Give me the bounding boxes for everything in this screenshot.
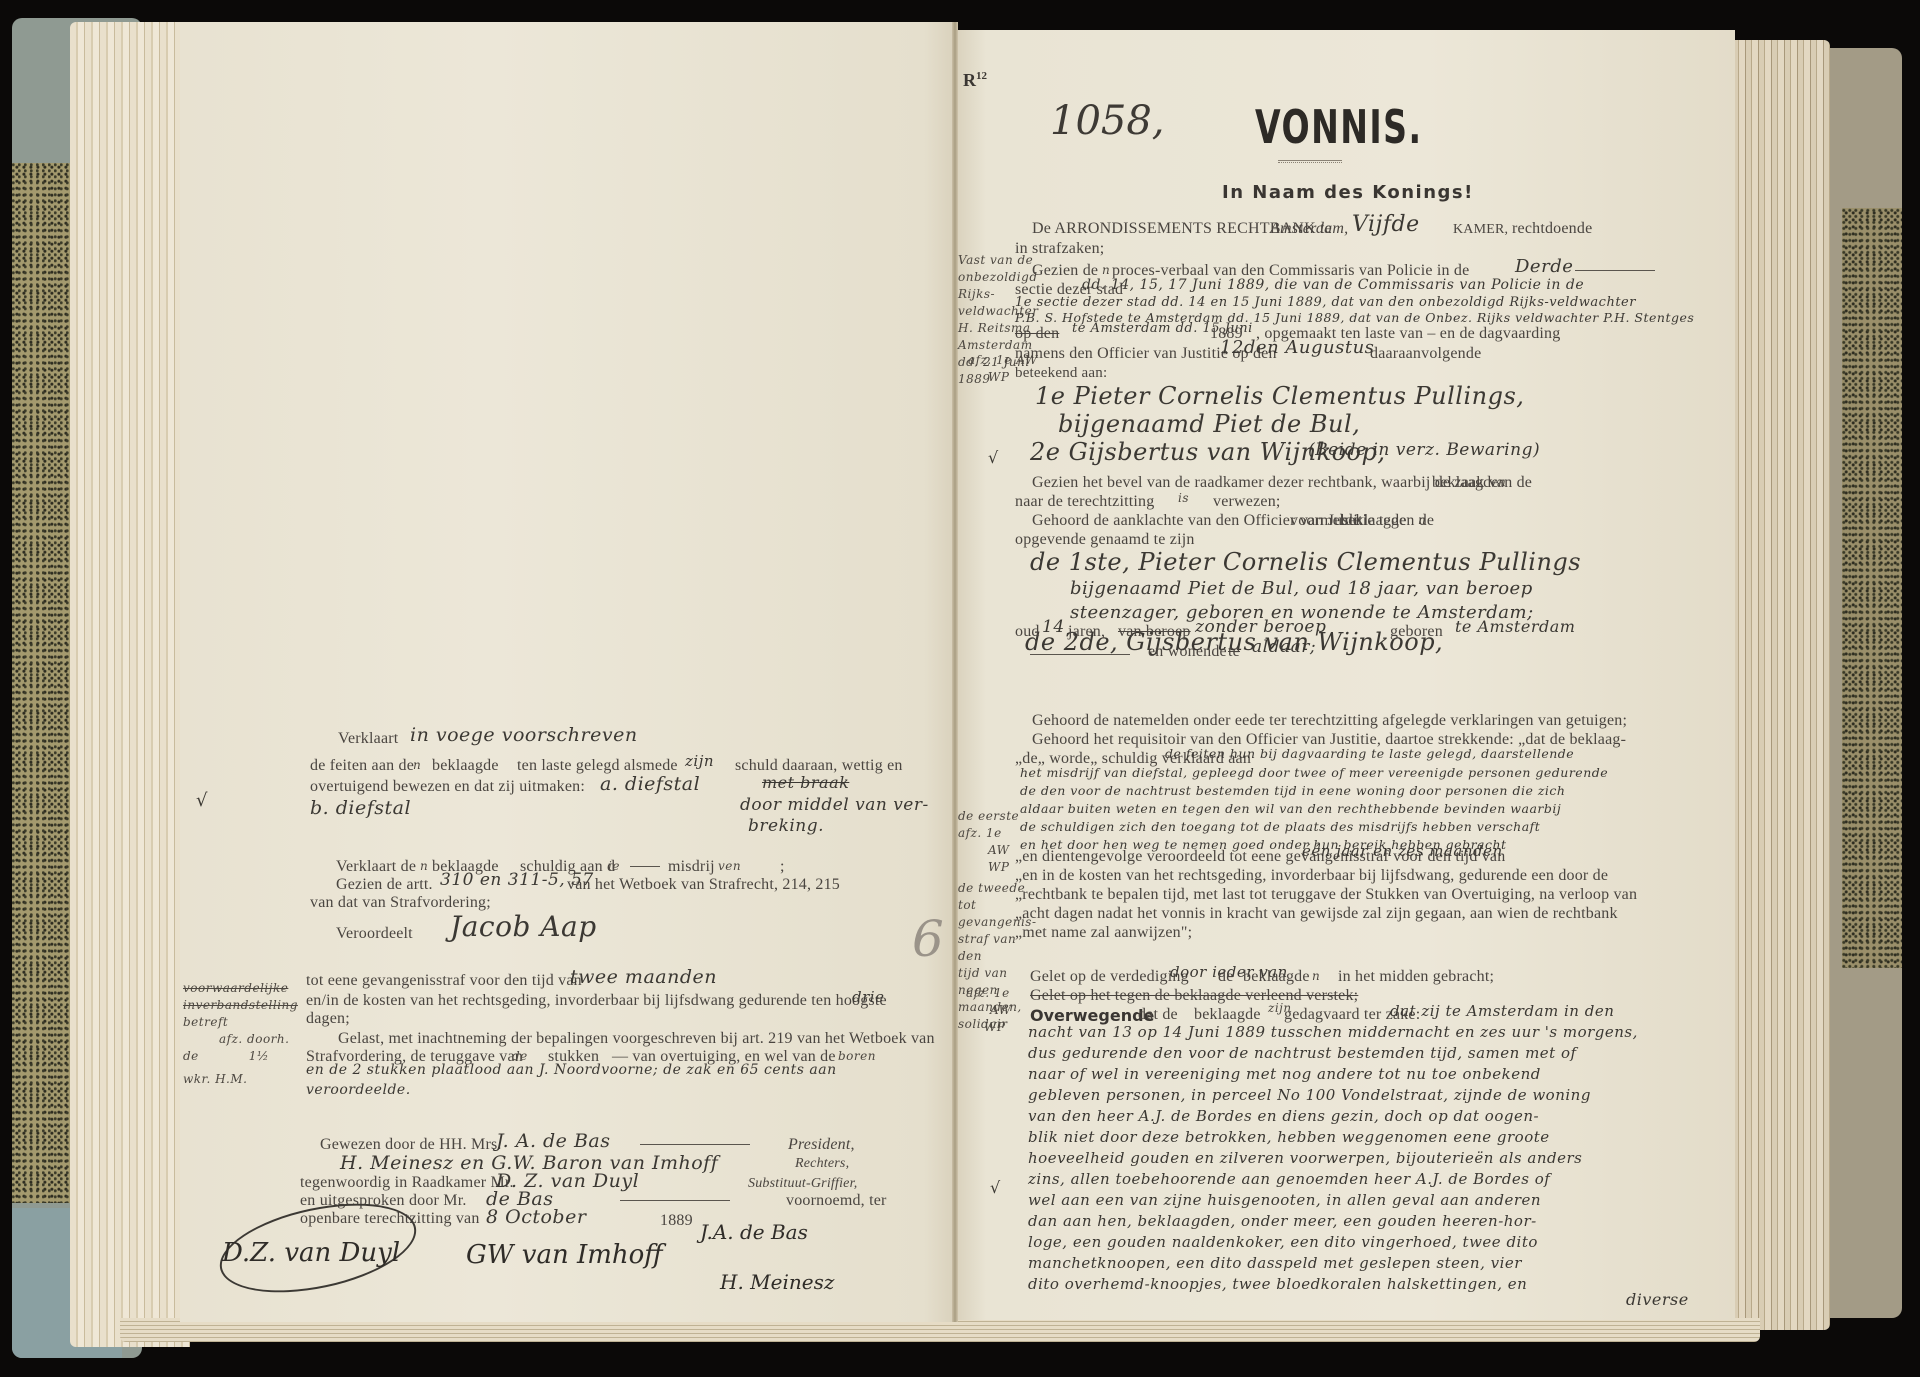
print-text: beklaagde [1194,1006,1261,1024]
hand-text: n [1312,968,1320,985]
fill-line [1030,654,1130,655]
hand-text: is [1178,490,1189,507]
hand-text: te Amsterdam [1455,617,1575,636]
accused-1-detail: bijgenaamd Piet de Bul, oud 18 jaar, van… [1070,578,1533,599]
hand-text: nacht van 13 op 14 Juni 1889 tusschen mi… [1028,1023,1638,1041]
check-mark: √ [990,1178,1001,1197]
print-text: en/in de kosten van het rechtsgeding, in… [306,992,887,1010]
accused-1-detail: de 1ste, Pieter Cornelis Clementus Pulli… [1030,548,1581,576]
hand-text: n [1498,474,1506,491]
hand-text: ven [718,858,741,875]
print-text: Substituut-Griffier, [748,1176,857,1192]
margin-note-mid: de eerste afz. 1e AW WP [958,808,1038,876]
print-text: jaren, [1068,623,1105,641]
print-text: de feiten aan de [310,757,414,775]
hand-text: boren [838,1048,876,1065]
print-text: voornoemd, ter [786,1192,887,1210]
print-text: tot eene gevangenisstraf voor den tijd v… [306,972,582,990]
hand-text: blik niet door deze betrokken, hebben we… [1028,1128,1550,1146]
year: 1889 [660,1212,693,1230]
print-text: dat de [1138,1006,1178,1024]
left-page [180,22,955,1322]
print-text: Gehoord de natemelden onder eede ter ter… [1032,712,1627,730]
print-text: de [1218,968,1234,986]
custody-note: (Beide in verz. Bewaring) [1308,440,1540,460]
dash-line [630,866,660,867]
print-text: van het Wetboek van Strafrecht, 214, 215 [567,876,840,894]
hand-text: ie [608,858,620,875]
print-text: opgevende genaamd te zijn [1015,531,1195,549]
register-number: 1058, [1050,98,1165,144]
print-text: „en in de kosten van het rechtsgeding, i… [1015,867,1608,885]
print-text: Gelast, met inachtneming der bepalingen … [338,1030,935,1048]
fill-line [640,1144,750,1145]
print-text: tegenwoordig in Raadkamer Mr. [300,1174,514,1192]
hand-text: gebleven personen, in perceel No 100 Von… [1028,1086,1591,1104]
print-text: beklaagde [432,757,499,775]
signature-griffier: D.Z. van Duyl [222,1238,400,1268]
print-text: misdrij [668,858,715,876]
page-stack-right [1720,40,1830,1330]
fill-line [1575,270,1655,271]
print-text: ; [780,858,785,876]
check-mark: √ [196,790,208,811]
convicted-name: Jacob Aap [450,910,597,943]
verklaart-label: Verklaart [338,730,398,748]
print-text: beklaagde [1340,512,1407,530]
page-code: R12 [963,70,987,91]
page-stack-left [70,22,190,1347]
margin-initials-1: afz. 1e AW WP [968,352,1038,386]
hand-text: van den heer A.J. de Bordes en diens gez… [1028,1107,1539,1125]
print-text: Rechters, [795,1156,849,1172]
print-text: KAMER, [1453,222,1508,238]
verklaart-hand: in voege voorschreven [410,724,638,746]
hand-text: n [1418,512,1426,529]
hand-text: dito overhemd-knoopjes, twee bloedkorale… [1028,1275,1527,1293]
accused-1-alias: bijgenaamd Piet de Bul, [1058,410,1360,438]
hand-text: wel aan een van zijne huisgenooten, in a… [1028,1191,1541,1209]
book-gutter [952,22,958,1322]
judge-president: J. A. de Bas [496,1130,611,1152]
hand-text: zijn [685,752,714,770]
hand-text: door middel van ver- [740,795,929,815]
hand-text: drie [852,988,884,1006]
print-text: naar de terechtzitting [1015,493,1154,511]
hand-age: 14 [1042,617,1065,637]
print-text: „rechtbank te bepalen tijd, met last tot… [1015,886,1637,904]
veroordeelt-label: Veroordeelt [336,925,413,943]
print-text: oud [1015,623,1040,641]
title-rule [1278,160,1342,163]
hand-text: 1e sectie dezer stad dd. 14 en 15 Juni 1… [1015,295,1636,310]
hand-text: aldaar buiten weten en tegen den wil van… [1020,801,1561,816]
hand-text: en de 2 stukken plaatlood aan J. Noordvo… [306,1062,837,1078]
hand-text: veroordeelde. [306,1082,411,1098]
hand-text: één jaar en zes maanden [1302,842,1503,860]
hand-text: breking. [748,816,824,836]
hand-date: 8 October [486,1206,586,1228]
print-text-struck: Gelet op het tegen de beklaagde verleend… [1030,987,1358,1005]
print-text: verwezen; [1213,493,1281,511]
print-text: Gelet op de verdediging [1030,968,1189,986]
print-text: beklaagde [1243,968,1310,986]
court-city: Amsterdam, [1270,220,1348,238]
margin-initials-3: afz. 1e AW WP [966,985,1036,1036]
hand-text: het misdrijf van diefstal, gepleegd door… [1020,765,1608,780]
hand-text: zonder beroep [1195,617,1326,637]
print-text: Gezien de artt. [336,876,433,894]
print-text: Verklaart de [336,858,416,876]
hand-date: 12den Augustus [1220,337,1374,358]
document-subtitle: In Naam des Konings! [1222,182,1474,203]
hand-text: b. diefstal [310,797,411,819]
hand-text: n [420,858,428,875]
print-text: beklaagde [1432,474,1499,492]
print-text: „met name zal aanwijzen"; [1015,924,1192,942]
print-text: en wonende [1148,643,1227,661]
hand-text: dus gedurende den voor de nachtrust best… [1028,1044,1577,1062]
signature-president: J.A. de Bas [700,1220,808,1244]
hand-text: a. diefstal [600,773,700,795]
print-text: overtuigend bewezen en dat zij uitmaken: [310,778,585,796]
hand-text: twee maanden [570,966,717,988]
hand-text: dat zij te Amsterdam in den [1390,1002,1614,1020]
print-text: daaraanvolgende [1370,345,1481,363]
catchword: diverse [1626,1290,1689,1309]
hand-text: naar of wel in vereeniging met nog ander… [1028,1065,1541,1083]
signature-judge: H. Meinesz [720,1270,834,1294]
print-text-struck: te [1228,643,1240,661]
document-title: VONNIS. [1255,100,1422,154]
hand-text: de den voor de nachtrust bestemden tijd … [1020,783,1565,798]
hand-text: de feiten hun bij dagvaarding te laste g… [1165,746,1574,761]
hand-text: de schuldigen zich den toegang tot de pl… [1020,819,1540,834]
hand-text: loge, een gouden naaldenkoker, een dito … [1028,1233,1538,1251]
hand-text: hoeveelheid gouden en zilveren voorwerpe… [1028,1149,1582,1167]
print-text: geboren [1390,623,1443,641]
hand-text: aldaar; [1252,637,1316,657]
chamber: Vijfde [1352,212,1420,237]
hand-text-struck: met braak [762,773,849,792]
print-text-struck: van beroep [1118,623,1191,641]
print-text: President, [788,1136,855,1154]
fill-line [620,1200,730,1201]
hand-text: dan aan hen, beklaagden, onder meer, een… [1028,1212,1537,1230]
hand-text: Derde [1515,256,1573,277]
print-text: „acht dagen nadat het vonnis in kracht v… [1015,905,1618,923]
marbled-cover-paper [1842,208,1902,968]
margin-note-lower-left: voorwaardelijke inverbandstelling betref… [183,980,313,1088]
print-text: rechtdoende [1512,220,1592,238]
check-mark: √ [988,448,999,467]
print-text: in het midden gebracht; [1338,968,1494,986]
hand-text: manchetknoopen, een dito dasspeld met ge… [1028,1254,1522,1272]
margin-number: 6 [912,910,944,968]
hand-text: n [413,757,421,774]
accused-1: 1e Pieter Cornelis Clementus Pullings, [1035,382,1524,410]
signature-judge: GW van Imhoff [466,1240,663,1270]
hand-text: dd. 14, 15, 17 Juni 1889, die van de Com… [1082,277,1584,293]
hand-text: zins, allen toebehoorende aan genoemden … [1028,1170,1550,1188]
